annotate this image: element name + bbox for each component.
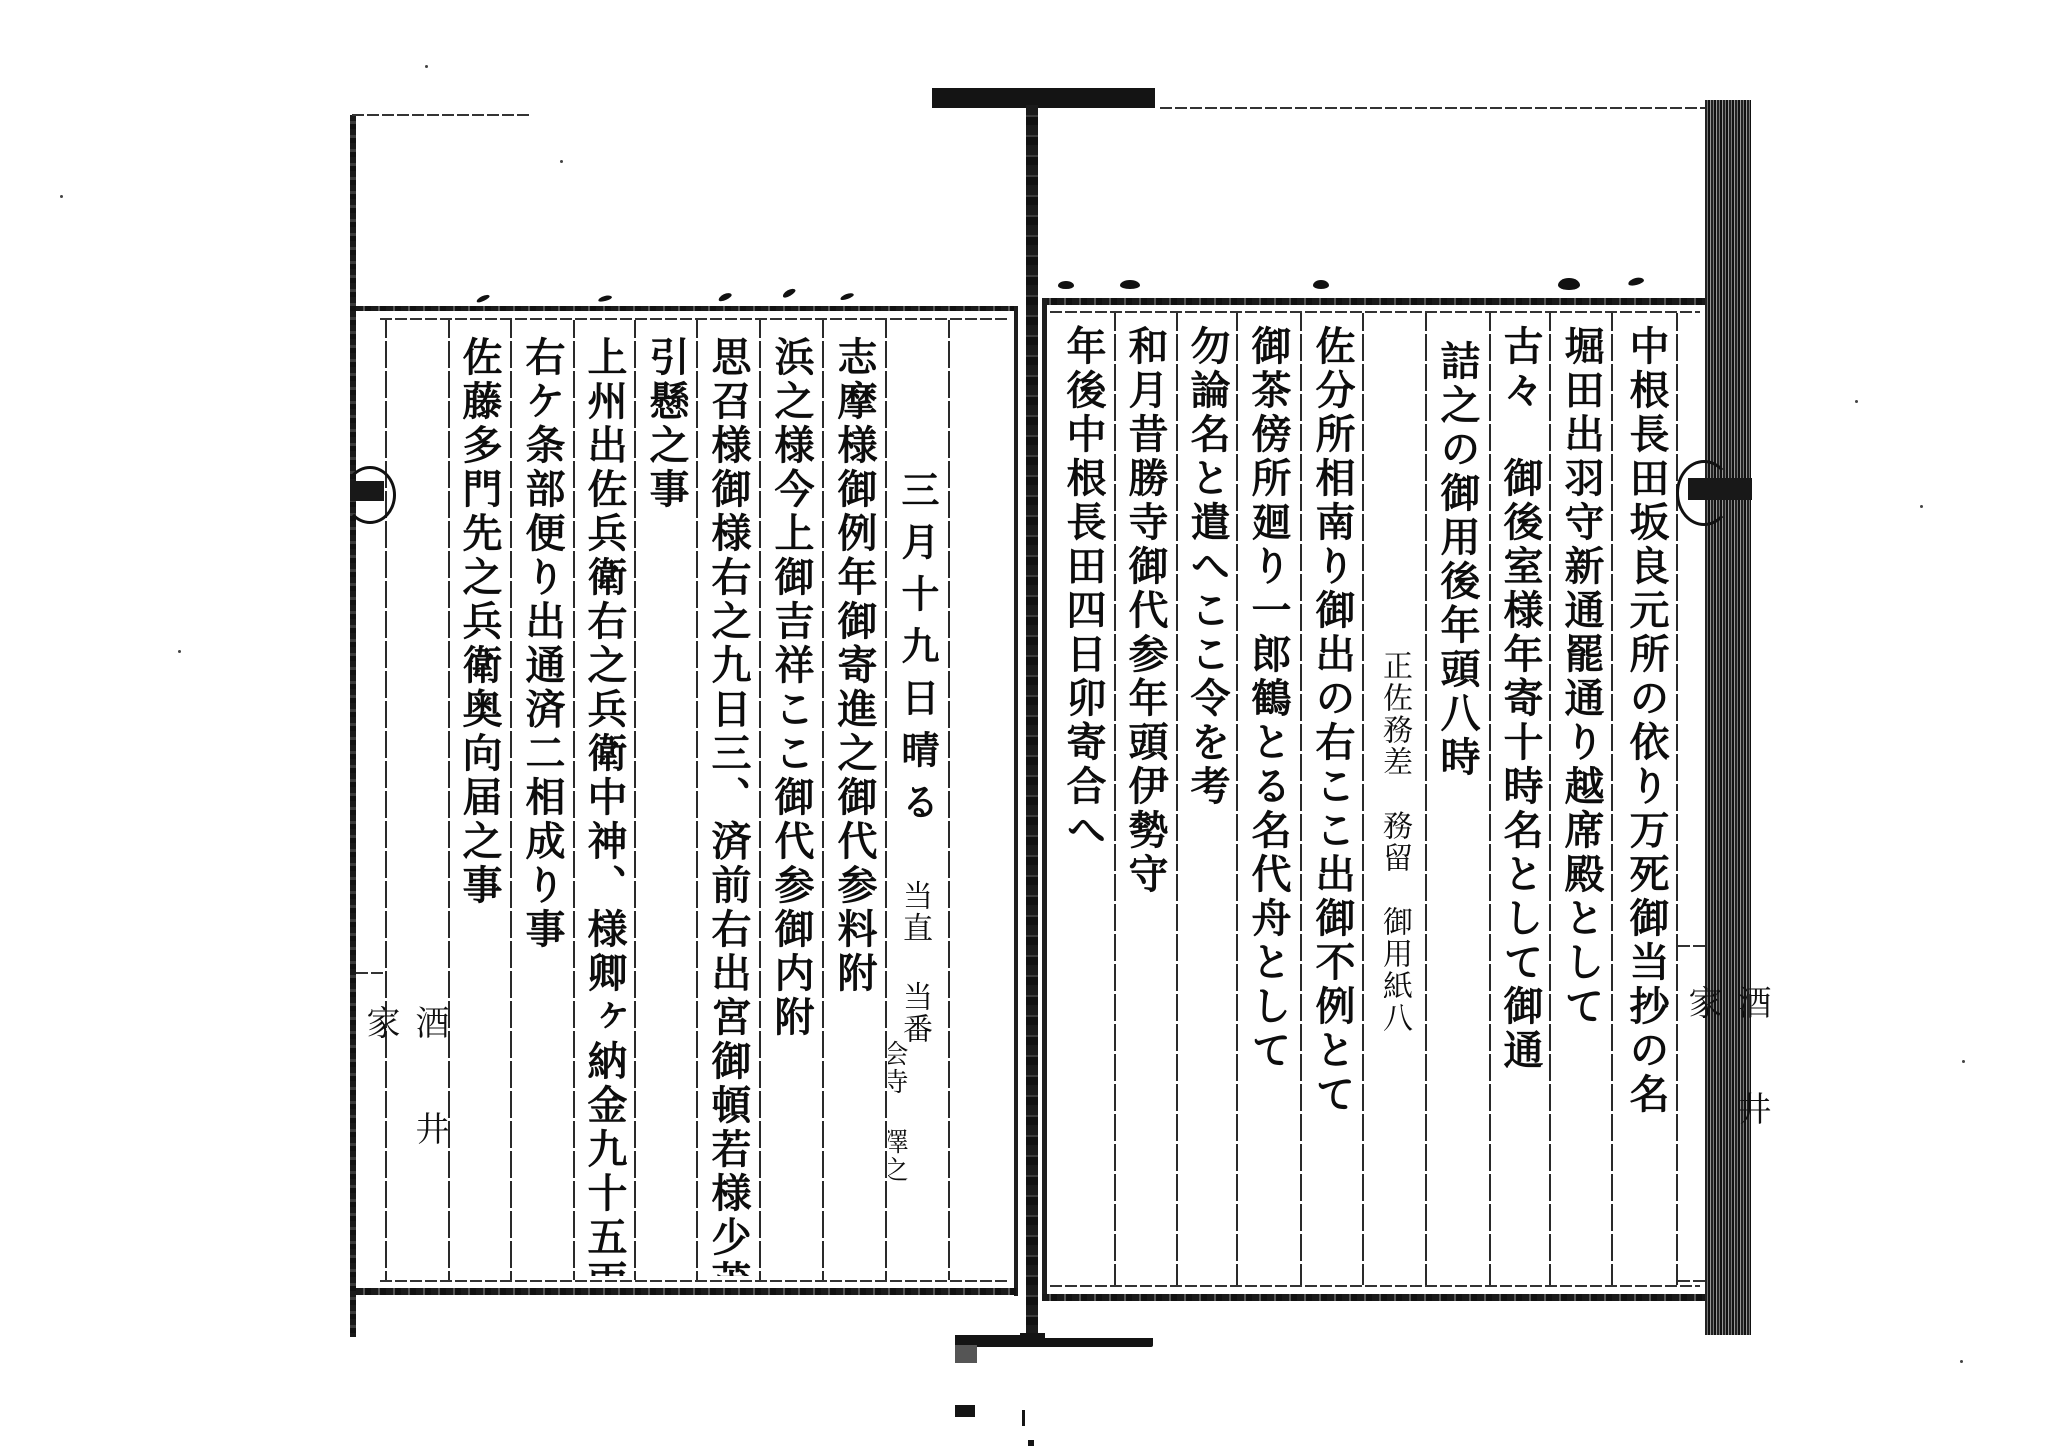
binding-clip <box>1688 478 1752 500</box>
spine-bottom-tab <box>955 1345 977 1363</box>
column-rule <box>696 320 698 1280</box>
text-column: 上州出佐兵衛右之兵衛中神、様卿ヶ納金九十五両六分三貫 <box>575 336 633 1276</box>
column-rule <box>885 320 887 1280</box>
column-rule <box>1362 313 1364 1285</box>
scan-mark <box>1022 1410 1025 1426</box>
text-column: 佐藤多門先之兵衛奥向届之事 <box>450 336 508 1086</box>
text-column: 右ケ条部便り出通済二相成り事 <box>513 336 571 1036</box>
binding-clip <box>350 481 384 501</box>
right-frame-top <box>1042 298 1705 305</box>
text-column: 佐分所相南り御出の右ここ出御不例とて <box>1303 325 1361 1275</box>
left-page-top-edge <box>352 114 532 116</box>
tick-mark <box>1558 278 1580 290</box>
scan-speck <box>1962 1060 1965 1063</box>
left-frame-bottom-inner <box>380 1280 1010 1282</box>
scan-speck <box>1960 1360 1963 1363</box>
column-rule <box>1611 313 1613 1285</box>
text-column: 堀田出羽守新通罷通り越席殿として <box>1552 325 1610 1275</box>
text-column: 御茶傍所廻り一郎鶴とる名代舟として <box>1239 325 1297 1275</box>
column-rule <box>1300 313 1302 1285</box>
column-rule <box>1425 313 1427 1285</box>
margin-label-right: 酒井家 <box>1678 985 1776 1275</box>
text-column: 思召様御様右之九日三、済前右出宮御頓若様少茂 <box>699 336 757 1276</box>
scan-mark <box>1028 1440 1034 1446</box>
margin-label-divider <box>356 972 386 974</box>
scan-speck <box>1855 400 1858 403</box>
text-column: 勿論名と遣へここ令を考 <box>1178 325 1236 885</box>
margin-label-divider <box>1678 945 1708 947</box>
scan-speck <box>425 65 428 68</box>
column-rule <box>1236 313 1238 1285</box>
left-frame-top <box>356 306 1018 311</box>
scan-speck <box>178 650 181 653</box>
column-rule <box>822 320 824 1280</box>
column-rule <box>634 320 636 1280</box>
text-column: 志摩様御例年御寄進之御代参料附 <box>825 336 883 1056</box>
left-frame-bottom <box>356 1288 1018 1295</box>
scan-speck <box>60 195 63 198</box>
text-column: 引懸之事 <box>637 336 695 596</box>
tick-mark <box>1120 280 1140 289</box>
column-rule <box>948 320 950 1280</box>
right-page-top-edge <box>1160 107 1705 109</box>
date-column: 三月十九日晴る <box>890 470 946 830</box>
text-column: 正佐務差 務留 御用紙八 <box>1365 650 1423 1260</box>
column-rule <box>1549 313 1551 1285</box>
margin-label-divider <box>1678 1280 1708 1282</box>
scan-mark <box>955 1405 975 1417</box>
left-frame-right <box>1014 306 1018 1296</box>
text-column: 詰之の御用後年頭八時 <box>1428 340 1486 900</box>
text-column: 年後中根長田四日卯寄合へ <box>1050 325 1112 1105</box>
column-rule <box>510 320 512 1280</box>
scan-speck <box>1920 505 1923 508</box>
book-spine <box>1026 105 1038 1337</box>
margin-label-left: 酒井家 <box>356 1005 454 1285</box>
text-column: 和月昔勝寺御代参年頭伊勢守 <box>1116 325 1174 1245</box>
right-frame-top-inner <box>1050 311 1700 313</box>
right-frame-bottom-inner <box>1050 1285 1700 1287</box>
text-column: 浜之様今上御吉祥ここ御代参御内附 <box>762 336 820 1136</box>
text-column: 中根長田坂良元所の依り万死御当抄の名 <box>1615 325 1675 1275</box>
spine-top-bar <box>932 88 1155 108</box>
right-frame-left <box>1042 298 1047 1301</box>
right-frame-bottom <box>1042 1294 1705 1301</box>
text-column: 古々 御後室様年寄十時名として御通 <box>1491 325 1549 1275</box>
tick-mark <box>1313 280 1329 289</box>
column-rule <box>759 320 761 1280</box>
left-frame-top-inner <box>380 318 1010 320</box>
scan-speck <box>560 160 563 163</box>
duty-names: 会寺 澤之 <box>888 1040 922 1200</box>
tick-mark <box>1058 281 1074 289</box>
